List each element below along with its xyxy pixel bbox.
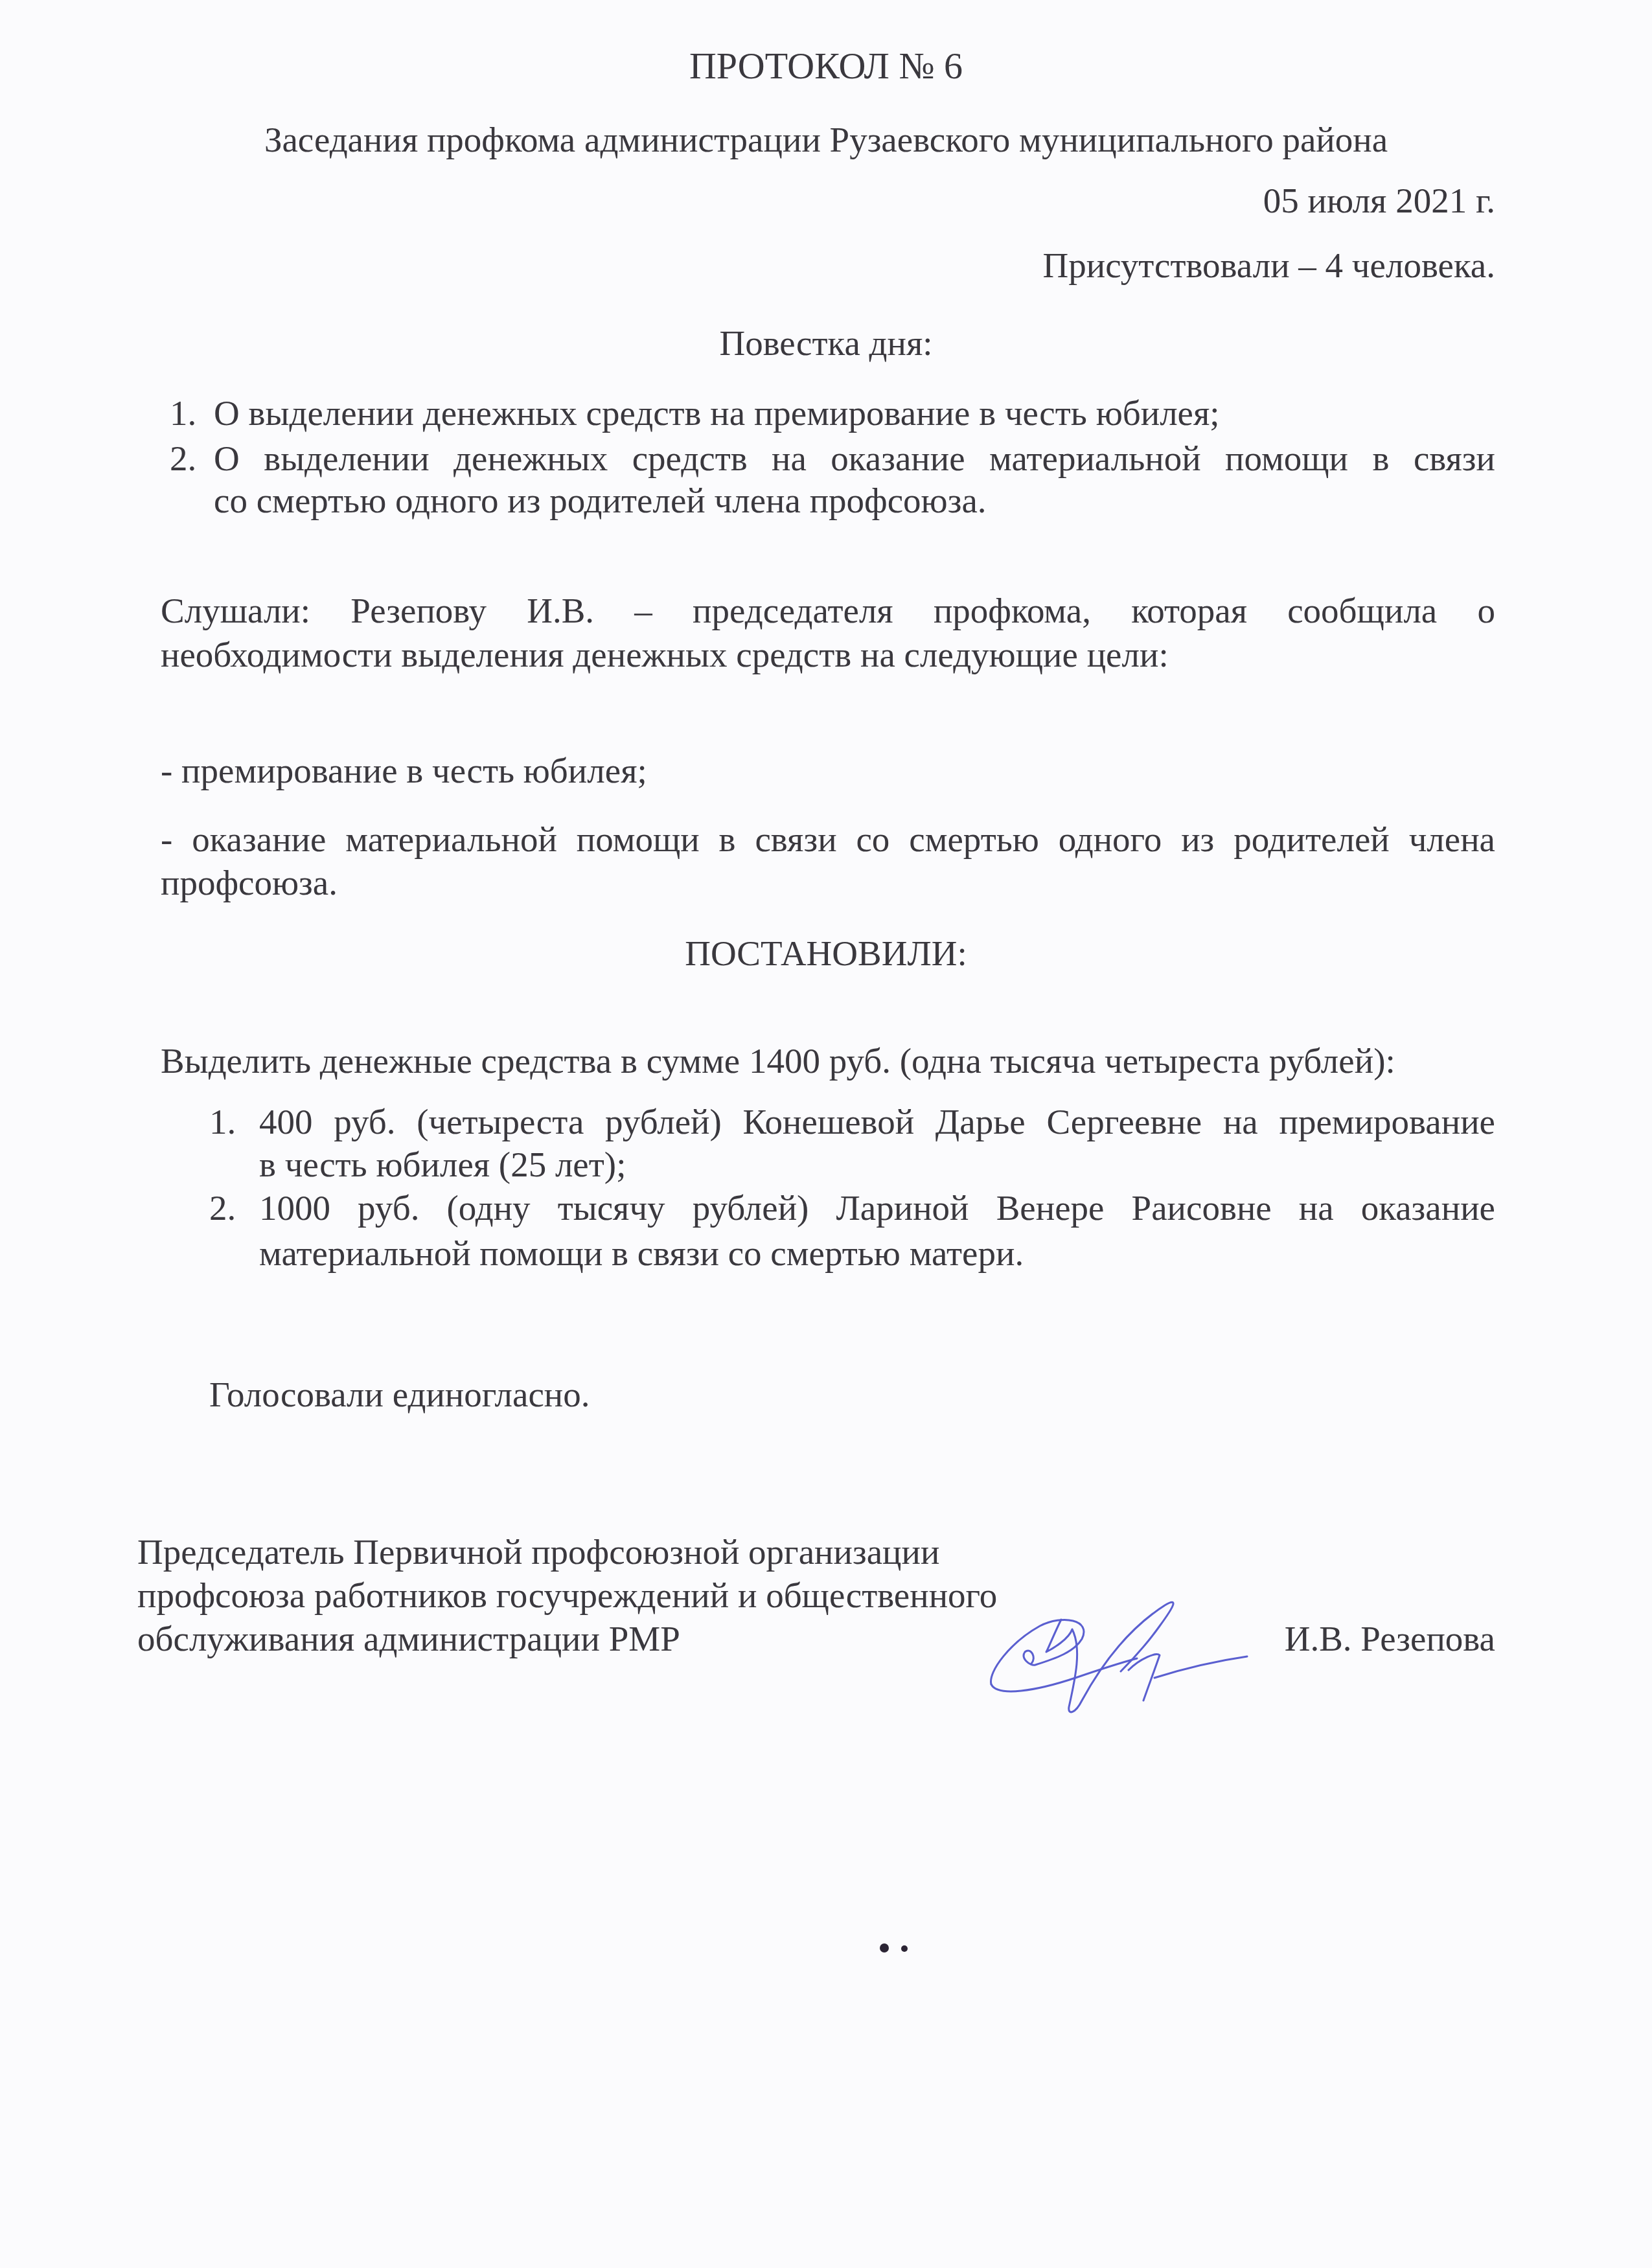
signatory-position: профсоюза работников госучреждений и общ… [137, 1577, 997, 1613]
agenda-item-text: О выделении денежных средств на оказание… [214, 441, 1495, 476]
resolved-item-text: 400 руб. (четыреста рублей) Конешевой Да… [259, 1104, 1495, 1140]
document-subtitle: Заседания профкома администрации Рузаевс… [0, 122, 1652, 157]
resolved-item-number: 1. [209, 1104, 236, 1140]
handwritten-signature-icon [985, 1594, 1257, 1723]
resolved-heading: ПОСТАНОВИЛИ: [0, 935, 1652, 971]
attendance-count: Присутствовали – 4 человека. [1043, 247, 1495, 283]
resolved-intro: Выделить денежные средства в сумме 1400 … [161, 1043, 1395, 1079]
signatory-position: обслуживания администрации РМР [137, 1621, 680, 1656]
agenda-item-number: 1. [170, 395, 196, 431]
signatory-position: Председатель Первичной профсоюзной орган… [137, 1534, 939, 1570]
heard-line: необходимости выделения денежных средств… [161, 637, 1169, 672]
resolved-item-text-cont: материальной помощи в связи со смертью м… [259, 1235, 1024, 1271]
resolved-item-text-cont: в честь юбилея (25 лет); [259, 1147, 626, 1182]
agenda-heading: Повестка дня: [0, 325, 1652, 361]
goal-item-cont: профсоюза. [161, 865, 338, 900]
agenda-item-text: О выделении денежных средств на премиров… [214, 395, 1220, 431]
signatory-name: И.В. Резепова [1285, 1621, 1495, 1656]
resolved-item-number: 2. [209, 1190, 236, 1226]
goal-item: - премирование в честь юбилея; [161, 753, 647, 788]
vote-result: Голосовали единогласно. [209, 1377, 590, 1412]
heard-line: Слушали: Резепову И.В. – председателя пр… [161, 593, 1495, 628]
scan-speck [901, 1945, 908, 1952]
resolved-item-text: 1000 руб. (одну тысячу рублей) Лариной В… [259, 1190, 1495, 1226]
agenda-item-text-cont: со смертью одного из родителей члена про… [214, 483, 987, 518]
document-title: ПРОТОКОЛ № 6 [0, 47, 1652, 85]
scan-speck [880, 1943, 889, 1953]
goal-item: - оказание материальной помощи в связи с… [161, 821, 1495, 857]
meeting-date: 05 июля 2021 г. [1263, 183, 1495, 218]
agenda-item-number: 2. [170, 441, 196, 476]
